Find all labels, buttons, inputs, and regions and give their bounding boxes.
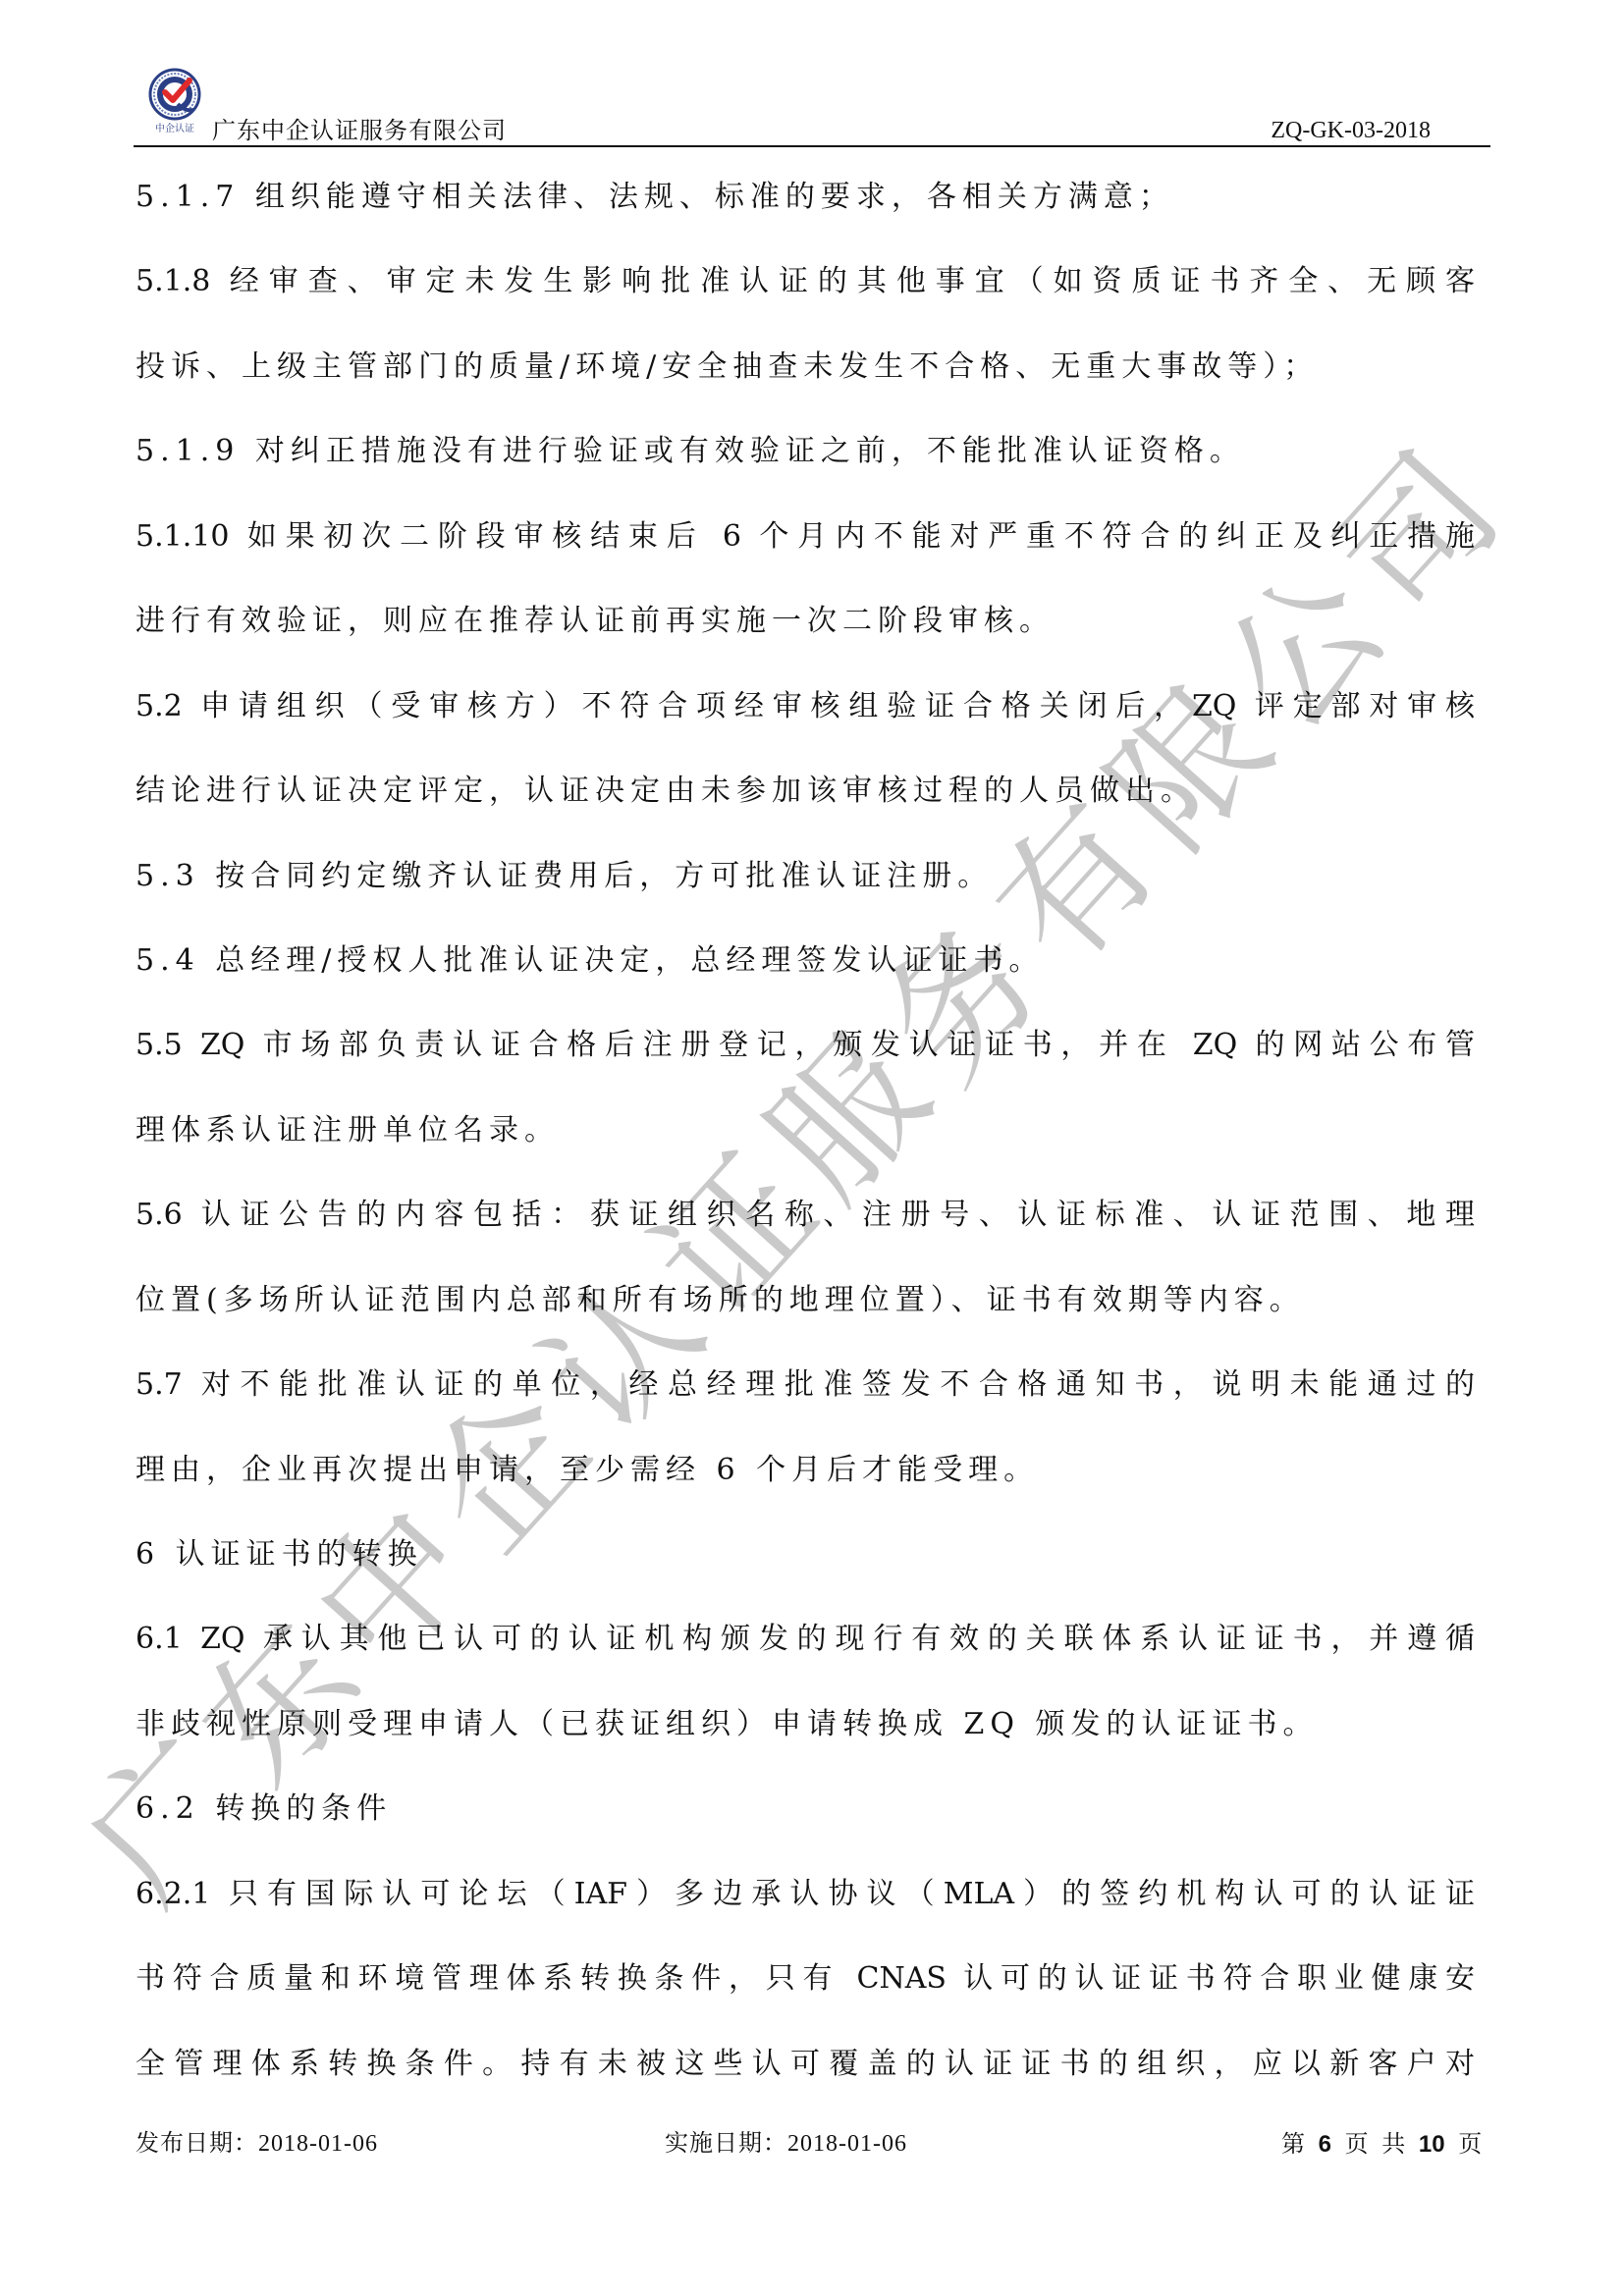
- clause-5-7-line-2: 理由，企业再次提出申请，至少需经 6 个月后才能受理。: [135, 1428, 1475, 1513]
- clause-5-1-7: 5.1.7 组织能遵守相关法律、法规、标准的要求，各相关方满意；: [135, 155, 1475, 240]
- clause-6-2-heading: 6.2 转换的条件: [135, 1767, 1475, 1851]
- header-document-code: ZQ-GK-03-2018: [1271, 116, 1431, 145]
- clause-6-2-1-line-1: 6.2.1 只有国际认可论坛（IAF）多边承认协议（MLA）的签约机构认可的认证…: [135, 1852, 1475, 1937]
- page-prefix: 第: [1281, 2130, 1305, 2158]
- clause-6-1-line-2: 非歧视性原则受理申请人（已获证组织）申请转换成 ZQ 颁发的认证证书。: [135, 1682, 1475, 1767]
- clause-5-3: 5.3 按合同约定缴齐认证费用后，方可批准认证注册。: [135, 834, 1475, 919]
- clause-5-1-9: 5.1.9 对纠正措施没有进行验证或有效验证之前，不能批准认证资格。: [135, 409, 1475, 494]
- page-total: 10: [1419, 2131, 1445, 2158]
- clause-5-4: 5.4 总经理/授权人批准认证决定，总经理签发认证证书。: [135, 919, 1475, 1003]
- clause-5-5-line-1: 5.5 ZQ 市场部负责认证合格后注册登记，颁发认证证书，并在 ZQ 的网站公布…: [135, 1003, 1475, 1088]
- document-body: 5.1.7 组织能遵守相关法律、法规、标准的要求，各相关方满意； 5.1.8 经…: [135, 155, 1475, 2107]
- clause-5-2-line-2: 结论进行认证决定评定，认证决定由未参加该审核过程的人员做出。: [135, 749, 1475, 833]
- page-suffix: 页: [1458, 2130, 1482, 2158]
- page-footer: 发布日期：2018-01-06 实施日期：2018-01-06 第 6 页 共 …: [0, 2126, 1624, 2162]
- document-page: 中企认证 广东中企认证服务有限公司 ZQ-GK-03-2018 广东中企认证服务…: [0, 0, 1624, 2296]
- clause-5-1-8-line-1: 5.1.8 经审查、审定未发生影响批准认证的其他事宜（如资质证书齐全、无顾客: [135, 240, 1475, 324]
- page-number: 第 6 页 共 10 页: [1281, 2126, 1482, 2163]
- page-current: 6: [1319, 2131, 1331, 2158]
- company-logo-icon: 中企认证: [140, 67, 209, 137]
- effective-date: 实施日期：2018-01-06: [665, 2126, 907, 2162]
- svg-text:中企认证: 中企认证: [155, 122, 194, 134]
- clause-5-1-10-line-2: 进行有效验证，则应在推荐认证前再实施一次二阶段审核。: [135, 579, 1475, 664]
- header-company-name: 广东中企认证服务有限公司: [212, 116, 507, 145]
- clause-6-2-1-line-2: 书符合质量和环境管理体系转换条件，只有 CNAS 认可的认证证书符合职业健康安: [135, 1937, 1475, 2021]
- page-mid: 页 共: [1345, 2130, 1406, 2158]
- header-divider: [134, 145, 1490, 147]
- clause-6-2-1-line-3: 全管理体系转换条件。持有未被这些认可覆盖的认证证书的组织，应以新客户对: [135, 2022, 1475, 2107]
- issue-date: 发布日期：2018-01-06: [135, 2126, 378, 2162]
- clause-5-2-line-1: 5.2 申请组织（受审核方）不符合项经审核组验证合格关闭后，ZQ 评定部对审核: [135, 665, 1475, 749]
- clause-5-6-line-2: 位置(多场所认证范围内总部和所有场所的地理位置）、证书有效期等内容。: [135, 1258, 1475, 1343]
- clause-5-6-line-1: 5.6 认证公告的内容包括：获证组织名称、注册号、认证标准、认证范围、地理: [135, 1173, 1475, 1257]
- clause-5-1-10-line-1: 5.1.10 如果初次二阶段审核结束后 6 个月内不能对严重不符合的纠正及纠正措…: [135, 495, 1475, 579]
- clause-5-1-8-line-2: 投诉、上级主管部门的质量/环境/安全抽查未发生不合格、无重大事故等）；: [135, 325, 1475, 409]
- clause-5-7-line-1: 5.7 对不能批准认证的单位，经总经理批准签发不合格通知书，说明未能通过的: [135, 1343, 1475, 1427]
- clause-5-5-line-2: 理体系认证注册单位名录。: [135, 1089, 1475, 1173]
- clause-6-1-line-1: 6.1 ZQ 承认其他已认可的认证机构颁发的现行有效的关联体系认证证书，并遵循: [135, 1597, 1475, 1682]
- section-6-heading: 6 认证证书的转换: [135, 1513, 1475, 1597]
